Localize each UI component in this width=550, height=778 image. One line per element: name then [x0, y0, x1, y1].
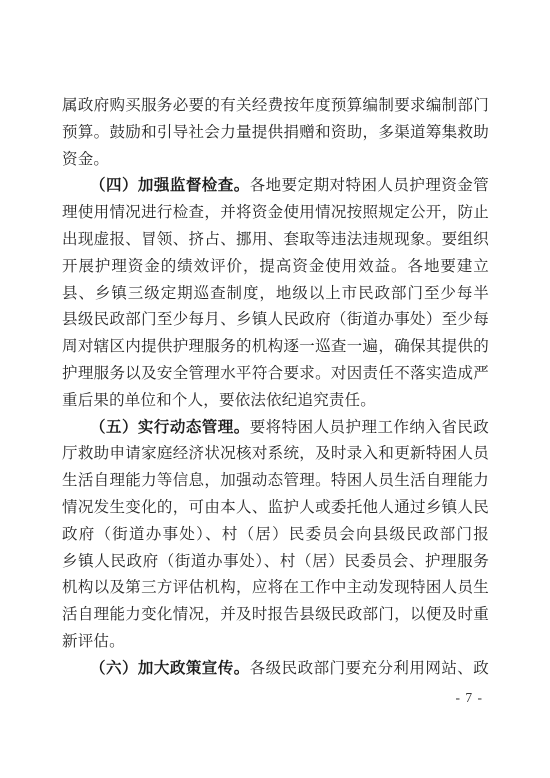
- text-segment: 预算。鼓励和引导社会力量提供捐赠和资助，多渠道筹集救助: [62, 124, 489, 141]
- text-segment: 情况发生变化的，可由本人、监护人或委托他人通过乡镇人民: [62, 499, 489, 516]
- text-segment: 政府（街道办事处）、村（居）民委员会向县级民政部门报告，: [62, 526, 489, 549]
- text-segment: 属政府购买服务必要的有关经费按年度预算编制要求编制部门: [62, 97, 489, 114]
- text-line-21: 新评估。: [62, 629, 489, 656]
- text-line-19: 机构以及第三方评估机构，应将在工作中主动发现特困人员生: [62, 575, 489, 602]
- text-segment: 出现虚报、冒领、挤占、挪用、套取等违法违规现象。要组织: [62, 231, 489, 248]
- text-segment: 理使用情况进行检查，并将资金使用情况按照规定公开，防止: [62, 204, 489, 221]
- text-line-13: （五）实行动态管理。要将特困人员护理工作纳入省民政: [62, 415, 489, 442]
- text-segment: 各级民政部门要充分利用网站、政: [250, 660, 489, 677]
- text-line-7: 开展护理资金的绩效评价，提高资金使用效益。各地要建立市、: [62, 254, 489, 281]
- text-line-17: 政府（街道办事处）、村（居）民委员会向县级民政部门报告，: [62, 522, 489, 549]
- text-segment: 活自理能力变化情况，并及时报告县级民政部门，以便及时重: [62, 606, 489, 623]
- text-segment: 护理服务以及安全管理水平符合要求。对因责任不落实造成严: [62, 365, 489, 382]
- text-line-8: 县、乡镇三级定期巡查制度，地级以上市民政部门至少每半年、: [62, 281, 489, 308]
- text-segment: 资金。: [62, 151, 109, 168]
- text-line-22: （六）加大政策宣传。各级民政部门要充分利用网站、政: [62, 656, 489, 683]
- heading-segment: （六）加大政策宣传。: [90, 660, 250, 677]
- text-segment: 生活自理能力等信息，加强动态管理。特困人员生活自理能力: [62, 472, 489, 489]
- text-segment: 机构以及第三方评估机构，应将在工作中主动发现特困人员生: [62, 579, 489, 596]
- text-line-2: 预算。鼓励和引导社会力量提供捐赠和资助，多渠道筹集救助: [62, 120, 489, 147]
- text-line-5: 理使用情况进行检查，并将资金使用情况按照规定公开，防止: [62, 200, 489, 227]
- text-segment: 开展护理资金的绩效评价，提高资金使用效益。各地要建立市、: [62, 258, 489, 281]
- text-segment: 要将特困人员护理工作纳入省民政: [250, 419, 489, 436]
- document-page: 属政府购买服务必要的有关经费按年度预算编制要求编制部门预算。鼓励和引导社会力量提…: [0, 0, 550, 778]
- text-segment: 县、乡镇三级定期巡查制度，地级以上市民政部门至少每半年、: [62, 285, 489, 308]
- text-line-15: 生活自理能力等信息，加强动态管理。特困人员生活自理能力: [62, 468, 489, 495]
- text-segment: 乡镇人民政府（街道办事处）、村（居）民委员会、护理服务: [62, 553, 489, 570]
- text-line-10: 周对辖区内提供护理服务的机构逐一巡查一遍，确保其提供的: [62, 334, 489, 361]
- text-line-14: 厅救助申请家庭经济状况核对系统，及时录入和更新特困人员: [62, 441, 489, 468]
- text-segment: 各地要定期对特困人员护理资金管: [250, 177, 489, 194]
- text-segment: 周对辖区内提供护理服务的机构逐一巡查一遍，确保其提供的: [62, 338, 489, 355]
- text-line-4: （四）加强监督检查。各地要定期对特困人员护理资金管: [62, 173, 489, 200]
- page-number: - 7 -: [456, 688, 484, 708]
- text-segment: 县级民政部门至少每月、乡镇人民政府（街道办事处）至少每: [62, 311, 489, 328]
- text-line-16: 情况发生变化的，可由本人、监护人或委托他人通过乡镇人民: [62, 495, 489, 522]
- text-line-18: 乡镇人民政府（街道办事处）、村（居）民委员会、护理服务: [62, 549, 489, 576]
- text-line-3: 资金。: [62, 147, 489, 174]
- text-segment: 厅救助申请家庭经济状况核对系统，及时录入和更新特困人员: [62, 445, 489, 462]
- heading-segment: （五）实行动态管理。: [90, 419, 250, 436]
- text-line-6: 出现虚报、冒领、挤占、挪用、套取等违法违规现象。要组织: [62, 227, 489, 254]
- text-line-12: 重后果的单位和个人，要依法依纪追究责任。: [62, 388, 489, 415]
- text-segment: 新评估。: [62, 633, 125, 650]
- document-body: 属政府购买服务必要的有关经费按年度预算编制要求编制部门预算。鼓励和引导社会力量提…: [62, 93, 489, 683]
- text-segment: 重后果的单位和个人，要依法依纪追究责任。: [62, 392, 376, 409]
- heading-segment: （四）加强监督检查。: [90, 177, 250, 194]
- text-line-1: 属政府购买服务必要的有关经费按年度预算编制要求编制部门: [62, 93, 489, 120]
- text-line-9: 县级民政部门至少每月、乡镇人民政府（街道办事处）至少每: [62, 307, 489, 334]
- text-line-11: 护理服务以及安全管理水平符合要求。对因责任不落实造成严: [62, 361, 489, 388]
- text-line-20: 活自理能力变化情况，并及时报告县级民政部门，以便及时重: [62, 602, 489, 629]
